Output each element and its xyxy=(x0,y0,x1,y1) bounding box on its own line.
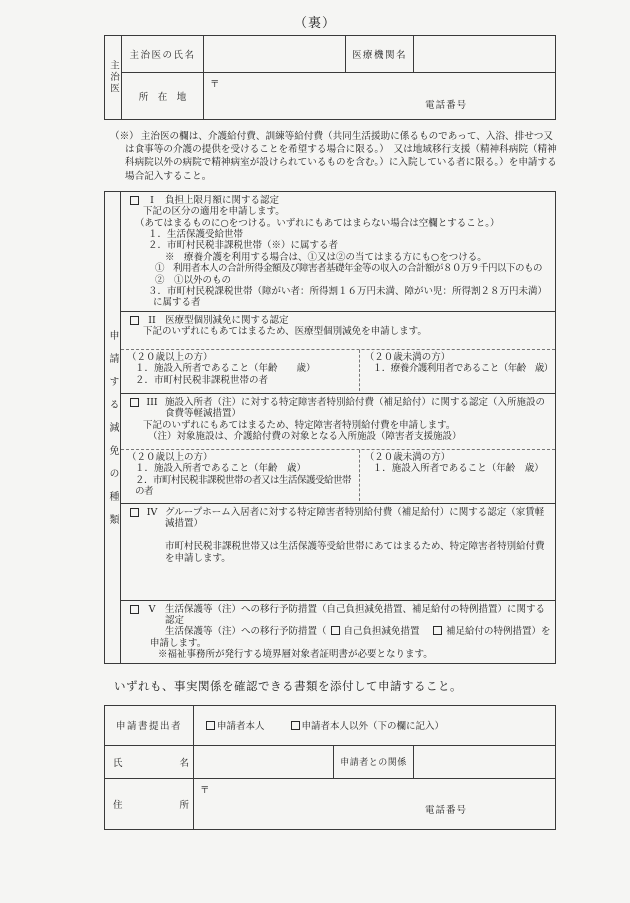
section-2-intro: 下記のいずれにもあてはまるため、医療型個別減免を申請します。 xyxy=(121,326,555,337)
section-5-selfpay-checkbox[interactable] xyxy=(331,626,340,635)
section-2-numeral: II xyxy=(139,315,165,326)
submitter-address-label: 住 所 xyxy=(105,779,194,829)
section-4-numeral: IV xyxy=(139,507,165,530)
section-5-certificate-note: ※福祉事務所が発行する境界層対象者証明書が必要となります。 xyxy=(121,649,555,660)
attachment-instruction: いずれも、事実関係を確認できる書類を添付して申請すること。 xyxy=(114,678,630,694)
section-1-line: （あてはまるものに○をつける。いずれにもあてはまらない場合は空欄とすること。） xyxy=(121,218,555,229)
section-5-selfpay-label: 自己負担減免措置 xyxy=(344,626,430,637)
doctor-phone-label: 電話番号 xyxy=(425,97,467,111)
doctor-note: （※）主治医の欄は、介護給付費、訓練等給付費（共同生活援助に係るものであって、入… xyxy=(110,130,558,183)
submitter-options: 申請者本人 申請者本人以外（下の欄に記入） xyxy=(194,706,555,745)
section-1-sub-option-1[interactable]: ① 利用者本人の合計所得金額及び障害者基礎年金等の収入の合計額が８０万９千円以下… xyxy=(121,263,555,274)
postal-mark: 〒 xyxy=(210,76,220,90)
section-5-welfare-transition: V 生活保護等（注）への移行予防措置（自己負担減免措置、補足給付の特例措置）に関… xyxy=(121,601,555,663)
section-3-minor-header: （２０歳未満の方） xyxy=(365,452,553,463)
section-2-medical-reduction: II 医療型個別減免に関する認定 下記のいずれにもあてはまるため、医療型個別減免… xyxy=(121,312,555,394)
submitter-self-label: 申請者本人 xyxy=(217,718,265,732)
section-2-adult-column: （２０歳以上の方） １．施設入所者であること（年齢 歳） ２．市町村民税非課税世… xyxy=(121,350,360,391)
exemption-vertical-label: 申請する減免の種類 xyxy=(105,317,120,537)
relation-label: 申請者との関係 xyxy=(334,746,414,778)
section-1-note: ※ 療養介護を利用する場合は、①又は②の当てはまる方にも○をつける。 xyxy=(121,252,555,263)
section-3-checkbox[interactable] xyxy=(130,398,139,407)
doctor-address-label: 所 在 地 xyxy=(122,73,204,119)
section-3-title: 施設入所者（注）に対する特定障害者特別給付費（補足給付）に関する認定（入所施設の… xyxy=(165,397,552,420)
section-1-sub-option-2[interactable]: ② ①以外のもの xyxy=(121,275,555,286)
section-2-title: 医療型個別減免に関する認定 xyxy=(165,315,552,326)
section-2-adult-item: ２．市町村民税非課税世帯の者 xyxy=(127,375,357,386)
doctor-address-field[interactable]: 〒 電話番号 xyxy=(204,73,555,119)
section-5-apply-line: 生活保護等（注）への移行予防措置（自己負担減免措置 補足給付の特例措置）を申請し… xyxy=(121,626,555,649)
doctor-vertical-label-cell: 主治医 xyxy=(105,36,122,119)
section-5-title: 生活保護等（注）への移行予防措置（自己負担減免措置、補足給付の特例措置）に関する… xyxy=(165,604,552,627)
doctor-name-field[interactable] xyxy=(204,36,346,72)
note-marker: （※） xyxy=(110,131,139,142)
submitter-address-field[interactable]: 〒 電話番号 xyxy=(194,779,555,829)
section-3-adult-item: １．施設入所者であること（年齢 歳） xyxy=(127,463,357,474)
exemption-table: 申請する減免の種類 I 負担上限月額に関する認定 下記の区分の適用を申請します。… xyxy=(104,191,556,664)
section-1-line: 下記の区分の適用を申請します。 xyxy=(121,206,555,217)
section-3-intro: 下記のいずれにもあてはまるため、特定障害者特別給付費を申請します。 xyxy=(121,420,555,431)
section-5-supplement-checkbox[interactable] xyxy=(433,626,442,635)
section-1-option-3[interactable]: ３．市町村民税課税世帯（障がい者：所得割１６万円未満、障がい児：所得割２８万円未… xyxy=(121,286,555,309)
page-side-label: （裏） xyxy=(0,0,630,31)
section-1-monthly-cap: I 負担上限月額に関する認定 下記の区分の適用を申請します。 （あてはまるものに… xyxy=(121,192,555,312)
section-3-adult-header: （２０歳以上の方） xyxy=(127,452,357,463)
exemption-vertical-label-cell: 申請する減免の種類 xyxy=(105,192,121,663)
submitter-name-label: 氏 名 xyxy=(105,746,194,778)
section-4-grouphome-benefit: IV グループホーム入居者に対する特定障害者特別給付費（補足給付）に関する認定（… xyxy=(121,504,555,601)
section-4-body: 市町村民税非課税世帯又は生活保護等受給世帯にあてはまるため、特定障害者特別給付費… xyxy=(121,541,555,564)
section-3-facility-benefit: III 施設入所者（注）に対する特定障害者特別給付費（補足給付）に関する認定（入… xyxy=(121,394,555,504)
form-back-page: （裏） 主治医 主治医の氏名 医療機関名 所 在 地 〒 電話番号 （※）主 xyxy=(0,0,630,903)
section-3-adult-item: ２．市町村民税非課税世帯の者又は生活保護受給世帯の者 xyxy=(127,475,357,498)
section-5-supplement-label: 補足給付の特例措置 xyxy=(446,626,532,637)
submitter-phone-label: 電話番号 xyxy=(425,802,467,816)
doctor-vertical-label: 主治医 xyxy=(106,60,120,95)
section-4-title: グループホーム入居者に対する特定障害者特別給付費（補足給付）に関する認定（家賃軽… xyxy=(165,507,552,530)
section-3-minor-column: （２０歳未満の方） １．施設入所者であること（年齢 歳） xyxy=(360,450,555,501)
section-1-option-2[interactable]: ２．市町村民税非課税世帯（※）に属する者 xyxy=(121,240,555,251)
section-2-minor-header: （２０歳未満の方） xyxy=(365,352,553,363)
section-3-minor-item: １．施設入所者であること（年齢 歳） xyxy=(365,463,553,474)
section-1-option-1[interactable]: １．生活保護受給世帯 xyxy=(121,229,555,240)
section-2-minor-item: １．療養介護利用者であること（年齢 歳） xyxy=(365,363,553,374)
section-3-note: （注）対象施設は、介護給付費の対象となる入所施設（障害者支援施設） xyxy=(121,431,555,442)
submitter-other-checkbox[interactable] xyxy=(291,721,300,730)
section-3-numeral: III xyxy=(139,397,165,420)
submitter-self-checkbox[interactable] xyxy=(206,721,215,730)
section-3-adult-column: （２０歳以上の方） １．施設入所者であること（年齢 歳） ２．市町村民税非課税世… xyxy=(121,450,360,501)
clinic-name-label: 医療機関名 xyxy=(346,36,414,72)
doctor-name-label: 主治医の氏名 xyxy=(122,36,204,72)
note-text: 主治医の欄は、介護給付費、訓練等給付費（共同生活援助に係るものであって、入浴、排… xyxy=(125,131,557,182)
section-2-minor-column: （２０歳未満の方） １．療養介護利用者であること（年齢 歳） xyxy=(360,350,555,391)
section-5-apply-prefix: 生活保護等（注）への移行予防措置（ xyxy=(165,626,327,637)
submitter-label: 申請書提出者 xyxy=(105,706,194,745)
section-2-adult-header: （２０歳以上の方） xyxy=(127,352,357,363)
section-1-title: 負担上限月額に関する認定 xyxy=(165,195,552,206)
submitter-name-field[interactable] xyxy=(194,746,334,778)
section-2-checkbox[interactable] xyxy=(130,316,139,325)
submitter-table: 申請書提出者 申請者本人 申請者本人以外（下の欄に記入） 氏 名 申請者との関係… xyxy=(104,705,556,830)
relation-field[interactable] xyxy=(414,746,555,778)
section-5-checkbox[interactable] xyxy=(130,605,139,614)
doctor-table: 主治医 主治医の氏名 医療機関名 所 在 地 〒 電話番号 xyxy=(104,35,556,120)
section-4-checkbox[interactable] xyxy=(130,508,139,517)
postal-mark: 〒 xyxy=(200,782,210,796)
section-2-adult-item: １．施設入所者であること（年齢 歳） xyxy=(127,363,357,374)
section-1-numeral: I xyxy=(139,195,165,206)
section-5-numeral: V xyxy=(139,604,165,627)
submitter-other-label: 申請者本人以外（下の欄に記入） xyxy=(302,721,445,732)
clinic-name-field[interactable] xyxy=(414,36,555,72)
section-1-checkbox[interactable] xyxy=(130,196,139,205)
